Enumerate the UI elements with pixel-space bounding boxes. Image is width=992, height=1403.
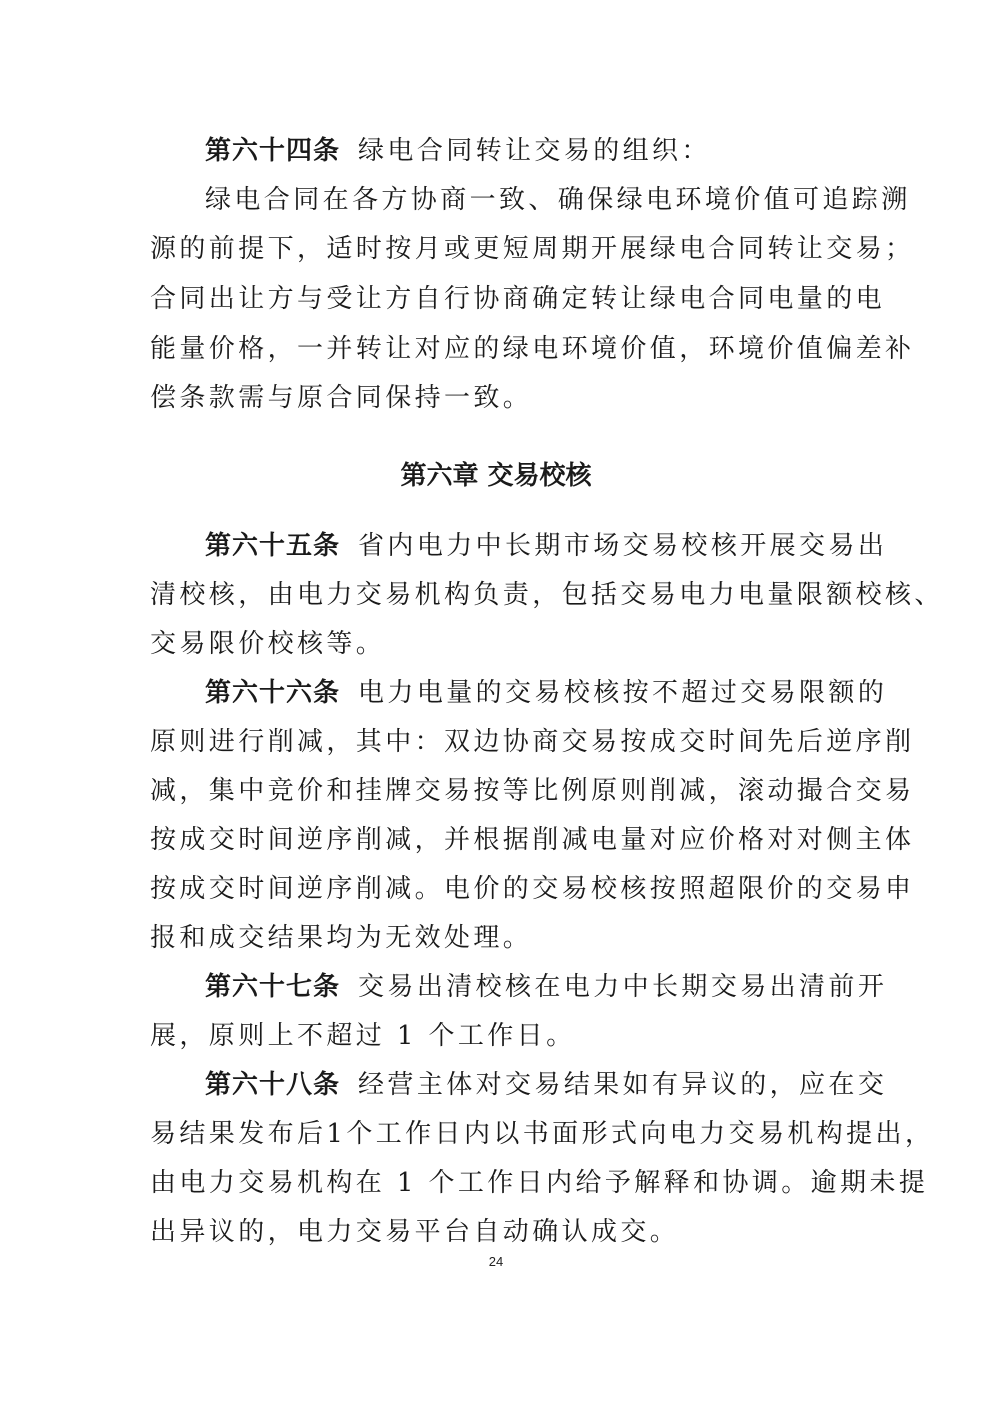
article-65-title: 第六十五条: [205, 531, 340, 561]
article-68-text: 经营主体对交易结果如有异议的，应在交: [358, 1070, 887, 1100]
paragraph-line: 绿电合同在各方协商一致、确保绿电环境价值可追踪溯: [205, 185, 850, 215]
article-68-heading: 第六十八条经营主体对交易结果如有异议的，应在交: [205, 1070, 850, 1100]
paragraph-line: 偿条款需与原合同保持一致。: [150, 383, 850, 413]
paragraph-line: 按成交时间逆序削减，并根据削减电量对应价格对对侧主体: [150, 825, 850, 855]
paragraph-line: 易结果发布后1个工作日内以书面形式向电力交易机构提出，: [150, 1119, 850, 1149]
article-66-text: 电力电量的交易校核按不超过交易限额的: [358, 678, 887, 708]
paragraph-line: 按成交时间逆序削减。电价的交易校核按照超限价的交易申: [150, 874, 850, 904]
article-67-heading: 第六十七条交易出清校核在电力中长期交易出清前开: [205, 972, 850, 1002]
paragraph-line: 合同出让方与受让方自行协商确定转让绿电合同电量的电: [150, 284, 850, 314]
article-64-title: 第六十四条: [205, 136, 340, 166]
paragraph-line: 展，原则上不超过 1 个工作日。: [150, 1021, 850, 1051]
paragraph-line: 源的前提下，适时按月或更短周期开展绿电合同转让交易；: [150, 234, 850, 264]
paragraph-line: 由电力交易机构在 1 个工作日内给予解释和协调。逾期未提: [150, 1168, 850, 1198]
article-64-text: 绿电合同转让交易的组织：: [358, 136, 711, 166]
article-65-heading: 第六十五条省内电力中长期市场交易校核开展交易出: [205, 531, 850, 561]
article-64-heading: 第六十四条绿电合同转让交易的组织：: [205, 136, 850, 166]
article-65-text: 省内电力中长期市场交易校核开展交易出: [358, 531, 887, 561]
paragraph-line: 能量价格，一并转让对应的绿电环境价值，环境价值偏差补: [150, 334, 850, 364]
article-67-title: 第六十七条: [205, 972, 340, 1002]
article-66-heading: 第六十六条电力电量的交易校核按不超过交易限额的: [205, 678, 850, 708]
page-number: 24: [0, 1254, 992, 1269]
document-page: 第六十四条绿电合同转让交易的组织： 绿电合同在各方协商一致、确保绿电环境价值可追…: [0, 0, 992, 1403]
paragraph-line: 交易限价校核等。: [150, 629, 850, 659]
paragraph-line: 原则进行削减，其中：双边协商交易按成交时间先后逆序削: [150, 727, 850, 757]
article-66-title: 第六十六条: [205, 678, 340, 708]
article-68-title: 第六十八条: [205, 1070, 340, 1100]
paragraph-line: 清校核，由电力交易机构负责，包括交易电力电量限额校核、: [150, 580, 850, 610]
paragraph-line: 报和成交结果均为无效处理。: [150, 923, 850, 953]
article-67-text: 交易出清校核在电力中长期交易出清前开: [358, 972, 887, 1002]
paragraph-line: 出异议的，电力交易平台自动确认成交。: [150, 1217, 850, 1247]
paragraph-line: 减，集中竞价和挂牌交易按等比例原则削减，滚动撮合交易: [150, 776, 850, 806]
chapter-title: 第六章 交易校核: [0, 455, 992, 492]
